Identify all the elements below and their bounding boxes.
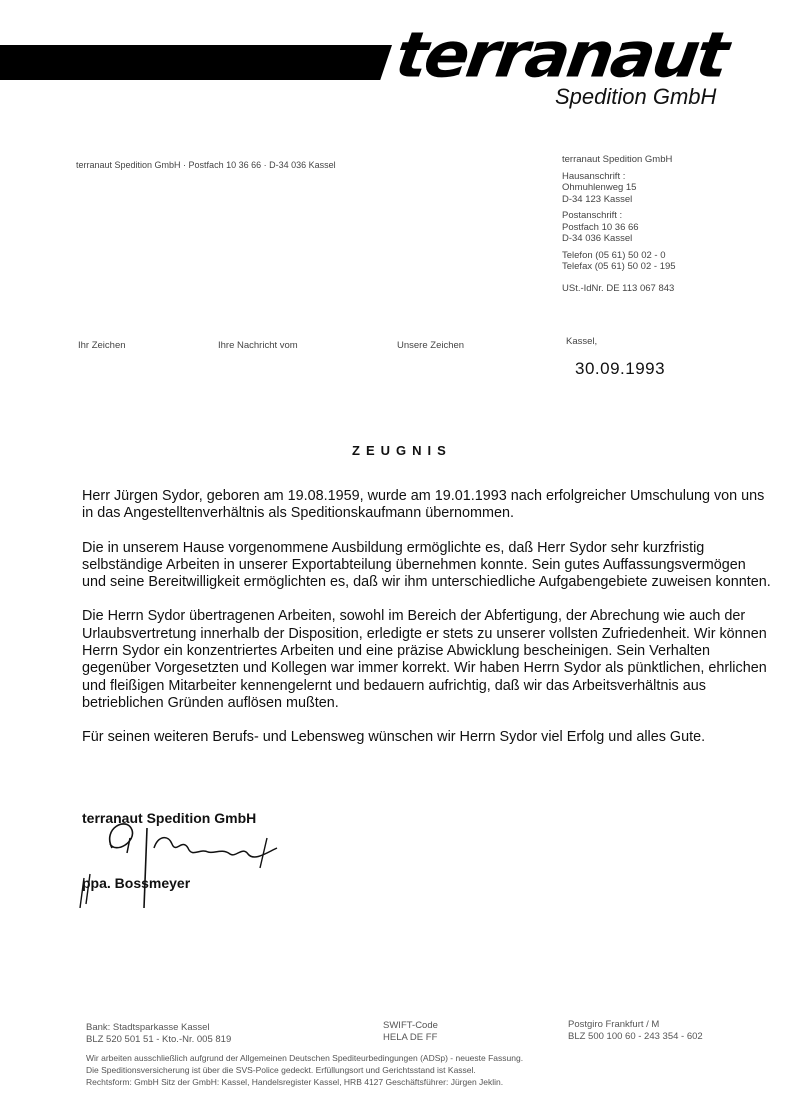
your-reference-label: Ihr Zeichen: [78, 340, 126, 351]
paragraph: Herr Jürgen Sydor, geboren am 19.08.1959…: [82, 488, 772, 523]
paragraph: Die in unserem Hause vorgenommene Ausbil…: [82, 540, 772, 592]
vat-id: USt.-IdNr. DE 113 067 843: [562, 283, 762, 295]
bank-name: Bank: Stadtsparkasse Kassel: [86, 1022, 231, 1034]
vat-group: USt.-IdNr. DE 113 067 843: [562, 283, 762, 295]
legal-terms: Wir arbeiten ausschließlich aufgrund der…: [86, 1052, 523, 1064]
company-subtitle: Spedition GmbH: [555, 84, 716, 110]
footer-legal: Wir arbeiten ausschließlich aufgrund der…: [86, 1052, 523, 1088]
address-company: terranaut Spedition GmbH: [562, 154, 762, 166]
legal-insurance: Die Speditionsversicherung ist über die …: [86, 1064, 523, 1076]
contact-group: Telefon (05 61) 50 02 - 0 Telefax (05 61…: [562, 250, 762, 273]
address-company-group: terranaut Spedition GmbH: [562, 154, 762, 166]
postal-address-group: Postanschrift : Postfach 10 36 66 D-34 0…: [562, 210, 762, 245]
postgiro-name: Postgiro Frankfurt / M: [568, 1019, 703, 1031]
house-address-city: D-34 123 Kassel: [562, 194, 762, 206]
postgiro-account: BLZ 500 100 60 - 243 354 - 602: [568, 1031, 703, 1043]
company-logo: terranaut: [392, 25, 781, 86]
document-title: ZEUGNIS: [352, 443, 452, 458]
footer-postgiro: Postgiro Frankfurt / M BLZ 500 100 60 - …: [568, 1019, 703, 1042]
document-body: Herr Jürgen Sydor, geboren am 19.08.1959…: [82, 488, 772, 764]
handwritten-signature: [72, 808, 302, 908]
fax-number: Telefax (05 61) 50 02 - 195: [562, 261, 762, 273]
place-label: Kassel,: [566, 336, 597, 347]
bank-account: BLZ 520 501 51 - Kto.-Nr. 005 819: [86, 1034, 231, 1046]
document-date: 30.09.1993: [575, 359, 665, 379]
footer-swift: SWIFT-Code HELA DE FF: [383, 1020, 438, 1043]
paragraph: Die Herrn Sydor übertragenen Arbeiten, s…: [82, 608, 772, 712]
postal-address-box: Postfach 10 36 66: [562, 222, 762, 234]
paragraph: Für seinen weiteren Berufs- und Lebenswe…: [82, 729, 772, 746]
footer-bank: Bank: Stadtsparkasse Kassel BLZ 520 501 …: [86, 1022, 231, 1045]
postal-address-city: D-34 036 Kassel: [562, 233, 762, 245]
your-message-label: Ihre Nachricht vom: [218, 340, 298, 351]
phone-number: Telefon (05 61) 50 02 - 0: [562, 250, 762, 262]
house-address-label: Hausanschrift :: [562, 171, 762, 183]
sender-return-address: terranaut Spedition GmbH · Postfach 10 3…: [76, 160, 336, 170]
our-reference-label: Unsere Zeichen: [397, 340, 464, 351]
logo-bar: [0, 45, 392, 80]
legal-registration: Rechtsform: GmbH Sitz der GmbH: Kassel, …: [86, 1076, 523, 1088]
swift-label: SWIFT-Code: [383, 1020, 438, 1032]
house-address-street: Ohmuhlenweg 15: [562, 182, 762, 194]
address-block: terranaut Spedition GmbH Hausanschrift :…: [562, 154, 762, 299]
signer-name: ppa. Bossmeyer: [82, 875, 190, 891]
house-address-group: Hausanschrift : Ohmuhlenweg 15 D-34 123 …: [562, 171, 762, 206]
postal-address-label: Postanschrift :: [562, 210, 762, 222]
swift-code: HELA DE FF: [383, 1032, 438, 1044]
